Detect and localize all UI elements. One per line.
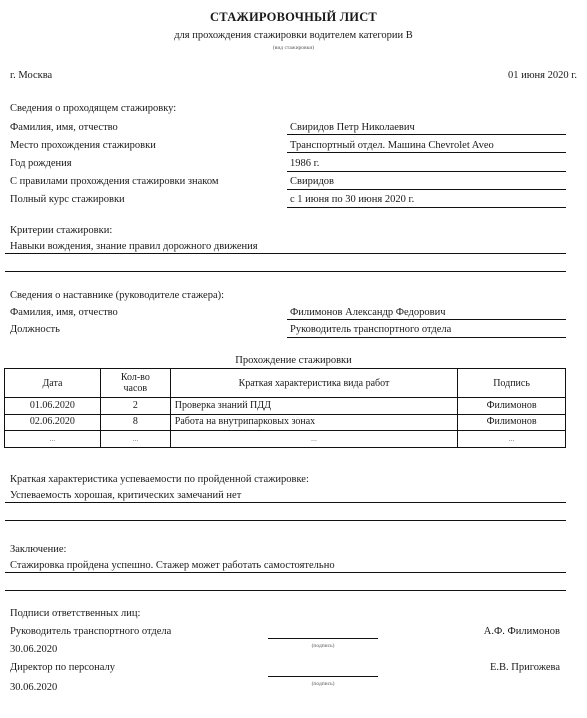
mentor-position-label: Должность <box>10 324 60 336</box>
conclusion-title: Заключение: <box>10 544 66 556</box>
underline <box>287 207 566 208</box>
mentor-section-title: Сведения о наставнике (руководителе стаж… <box>10 290 224 302</box>
underline <box>287 189 566 190</box>
document-title: СТАЖИРОВОЧНЫЙ ЛИСТ <box>0 10 587 25</box>
cell-description: ... <box>170 431 457 448</box>
trainee-birth-year-label: Год рождения <box>10 158 72 170</box>
trainee-place-value: Транспортный отдел. Машина Chevrolet Ave… <box>290 140 494 152</box>
cell-hours: 8 <box>100 414 170 431</box>
document-date: 01 июня 2020 г. <box>508 70 577 82</box>
trainee-birth-year-value: 1986 г. <box>290 158 319 170</box>
trainee-place-label: Место прохождения стажировки <box>10 140 156 152</box>
signer-date: 30.06.2020 <box>10 682 57 694</box>
table-row: 01.06.2020 2 Проверка знаний ПДД Филимон… <box>5 398 566 415</box>
cell-signature: ... <box>458 431 566 448</box>
mentor-name-label: Фамилия, имя, отчество <box>10 307 118 319</box>
signature-line <box>268 676 378 677</box>
log-title: Прохождение стажировки <box>0 355 587 367</box>
cell-description: Работа на внутрипарковых зонах <box>170 414 457 431</box>
trainee-course-label: Полный курс стажировки <box>10 194 125 206</box>
underline <box>5 253 566 254</box>
underline <box>5 590 566 591</box>
underline <box>287 171 566 172</box>
trainee-course-value: с 1 июня по 30 июня 2020 г. <box>290 194 414 206</box>
signer-name: Е.В. Пригожева <box>490 662 560 674</box>
cell-date: 01.06.2020 <box>5 398 101 415</box>
cell-hours: 2 <box>100 398 170 415</box>
underline <box>287 134 566 135</box>
underline <box>5 271 566 272</box>
signature-line <box>268 638 378 639</box>
trainee-name-value: Свиридов Петр Николаевич <box>290 122 415 134</box>
trainee-name-label: Фамилия, имя, отчество <box>10 122 118 134</box>
column-header-date: Дата <box>5 369 101 398</box>
cell-signature: Филимонов <box>458 414 566 431</box>
column-header-description: Краткая характеристика вида работ <box>170 369 457 398</box>
signer-position: Директор по персоналу <box>10 662 115 674</box>
mentor-name-value: Филимонов Александр Федорович <box>290 307 446 319</box>
trainee-rules-label: С правилами прохождения стажировки знако… <box>10 176 219 188</box>
cell-hours: ... <box>100 431 170 448</box>
signer-position: Руководитель транспортного отдела <box>10 626 171 638</box>
trainee-rules-value: Свиридов <box>290 176 334 188</box>
cell-description: Проверка знаний ПДД <box>170 398 457 415</box>
conclusion-value: Стажировка пройдена успешно. Стажер може… <box>10 560 335 572</box>
table-row: 02.06.2020 8 Работа на внутрипарковых зо… <box>5 414 566 431</box>
performance-value: Успеваемость хорошая, критических замеча… <box>10 490 241 502</box>
table-row: ... ... ... ... <box>5 431 566 448</box>
underline <box>287 337 566 338</box>
hours-header-text: Кол-во часов <box>113 372 157 394</box>
subtitle-caption: (вид стажировки) <box>0 45 587 51</box>
criteria-value: Навыки вождения, знание правил дорожного… <box>10 241 258 253</box>
signature-caption: (подпись) <box>268 643 378 649</box>
underline <box>5 572 566 573</box>
underline <box>287 152 566 153</box>
signer-date: 30.06.2020 <box>10 644 57 656</box>
signer-name: А.Ф. Филимонов <box>484 626 560 638</box>
cell-signature: Филимонов <box>458 398 566 415</box>
document-subtitle: для прохождения стажировки водителем кат… <box>0 30 587 41</box>
criteria-title: Критерии стажировки: <box>10 225 112 237</box>
internship-log-table: Дата Кол-во часов Краткая характеристика… <box>4 368 566 448</box>
city: г. Москва <box>10 70 52 82</box>
cell-date: ... <box>5 431 101 448</box>
signature-caption: (подпись) <box>268 681 378 687</box>
signatures-title: Подписи ответственных лиц: <box>10 608 140 620</box>
underline <box>5 502 566 503</box>
trainee-section-title: Сведения о проходящем стажировку: <box>10 103 176 115</box>
underline <box>287 319 566 320</box>
column-header-signature: Подпись <box>458 369 566 398</box>
mentor-position-value: Руководитель транспортного отдела <box>290 324 451 336</box>
table-header-row: Дата Кол-во часов Краткая характеристика… <box>5 369 566 398</box>
column-header-hours: Кол-во часов <box>100 369 170 398</box>
performance-title: Краткая характеристика успеваемости по п… <box>10 474 309 486</box>
cell-date: 02.06.2020 <box>5 414 101 431</box>
underline <box>5 520 566 521</box>
